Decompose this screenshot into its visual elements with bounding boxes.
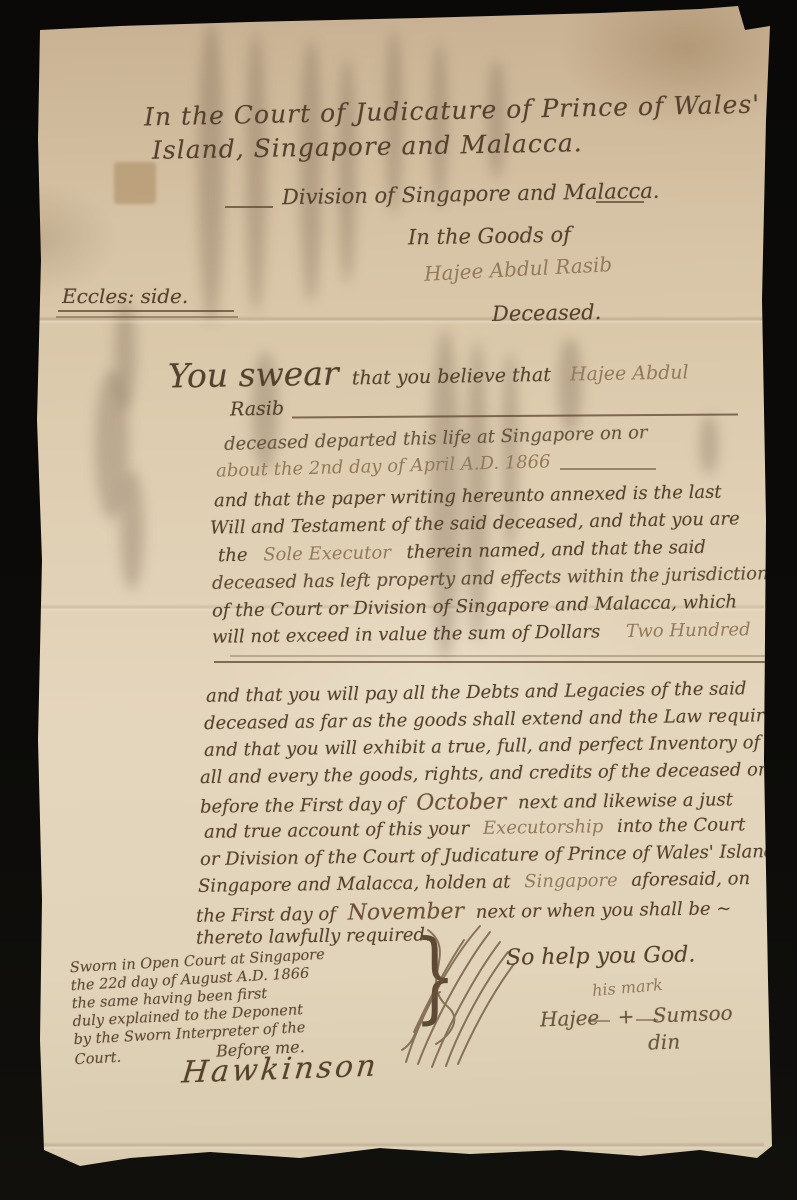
before-pre: before the First day of bbox=[200, 794, 405, 818]
executor-first-name: Hajee bbox=[540, 1005, 600, 1031]
margin-note-underline bbox=[56, 316, 238, 318]
holden-line: Singapore and Malacca, holden at Singapo… bbox=[198, 868, 750, 897]
court-title-line1: In the Court of Judicature of Prince of … bbox=[144, 90, 761, 132]
ink-smudge bbox=[700, 415, 718, 475]
ink-smudge bbox=[300, 40, 322, 302]
division-leading-dash bbox=[225, 206, 273, 208]
value-line: will not exceed in value the sum of Doll… bbox=[212, 619, 751, 648]
value-amount: Two Hundred bbox=[626, 619, 751, 642]
deceased-label: Deceased. bbox=[492, 300, 602, 326]
in-the-goods-of: In the Goods of bbox=[408, 223, 571, 250]
inventory-line: and that you will exhibit a true, full, … bbox=[204, 732, 761, 761]
executor-line: the Sole Executor therein named, and tha… bbox=[218, 537, 706, 567]
executor-post: therein named, and that the said bbox=[406, 537, 706, 563]
deceased-name-continued: Rasib bbox=[230, 398, 284, 421]
before-month: October bbox=[416, 789, 506, 815]
holden-place: Singapore bbox=[524, 870, 618, 892]
ink-smudge bbox=[338, 58, 356, 283]
his-mark-label: his mark bbox=[591, 975, 663, 1000]
account-line: and true account of this your Executorsh… bbox=[204, 814, 746, 843]
court-judicature-line: or Division of the Court of Judicature o… bbox=[200, 841, 781, 870]
margin-note-underline bbox=[58, 310, 234, 312]
goods-line: all and every the goods, rights, and cre… bbox=[200, 759, 795, 788]
aged-paper-sheet: In the Court of Judicature of Prince of … bbox=[0, 0, 797, 1200]
property-line: deceased has left property and effects w… bbox=[212, 563, 769, 594]
division-trailing-dash bbox=[596, 201, 644, 203]
account-pre: and true account of this your bbox=[204, 818, 469, 843]
november-pre: the First day of bbox=[196, 904, 336, 927]
mark-cross: + bbox=[617, 1004, 635, 1029]
account-insert: Executorship bbox=[483, 816, 604, 839]
deceased-name: Hajee Abdul Rasib bbox=[424, 252, 613, 286]
scanned-document-photo: In the Court of Judicature of Prince of … bbox=[0, 0, 797, 1200]
interpreter-signature-scribble bbox=[388, 912, 538, 1077]
mark-connector-line bbox=[636, 1019, 658, 1021]
date-trailing-dash bbox=[560, 468, 656, 470]
executor-mark-signature: Hajee + Sumsoo bbox=[540, 1001, 733, 1032]
paper-writing-line: and that the paper writing hereunto anne… bbox=[214, 482, 722, 512]
court-title-line2: Island, Singapore and Malacca. bbox=[152, 128, 583, 165]
margin-note-eccles-side: Eccles: side. bbox=[62, 284, 188, 308]
so-help-you-god: So help you God. bbox=[506, 942, 696, 970]
registrar-signature: Hawkinson bbox=[180, 1048, 380, 1090]
mark-connector-line bbox=[588, 1020, 610, 1022]
ruled-line-faint bbox=[230, 655, 770, 657]
pay-line: and that you will pay all the Debts and … bbox=[206, 678, 747, 707]
fold-crease bbox=[38, 1142, 764, 1150]
oath-opening-line: You swear that you believe that Hajee Ab… bbox=[168, 347, 689, 395]
ruled-line bbox=[214, 661, 774, 663]
ink-smudge bbox=[198, 22, 224, 322]
executor-pre: the bbox=[218, 545, 248, 567]
you-swear-large: You swear bbox=[168, 354, 339, 396]
value-pre: will not exceed in value the sum of Doll… bbox=[212, 621, 601, 647]
executor-last-name: Sumsoo bbox=[652, 1001, 733, 1028]
account-post: into the Court bbox=[617, 814, 746, 837]
ink-smudge bbox=[120, 470, 144, 590]
executor-name-second-line: din bbox=[648, 1029, 681, 1054]
deceased-name-inline: Hajee Abdul bbox=[570, 361, 689, 385]
executor-insert: Sole Executor bbox=[263, 542, 391, 565]
ink-smudge bbox=[246, 32, 266, 312]
holden-pre: Singapore and Malacca, holden at bbox=[198, 871, 511, 896]
swear-rest: that you believe that bbox=[352, 364, 551, 389]
before-october-line: before the First day of October next and… bbox=[200, 786, 733, 818]
holden-post: aforesaid, on bbox=[631, 868, 750, 891]
before-post: next and likewise a just bbox=[518, 789, 733, 813]
attestation-court: Court. bbox=[74, 1050, 121, 1068]
extend-line: deceased as far as the goods shall exten… bbox=[204, 705, 791, 734]
paper-stain bbox=[114, 162, 156, 204]
